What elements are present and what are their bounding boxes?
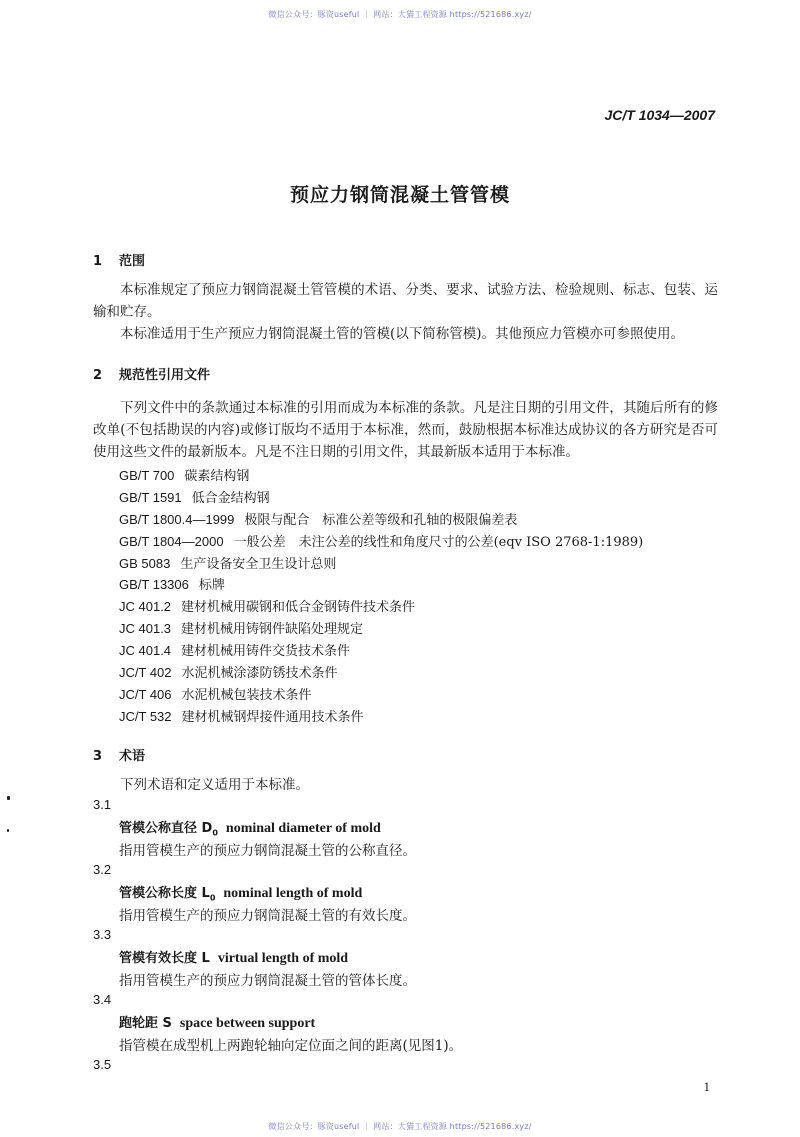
scope-paragraph-1: 本标准规定了预应力钢筒混凝土管管模的术语、分类、要求、试验方法、检验规则、标志、… (93, 279, 718, 323)
reference-item: GB/T 700碳素结构钢 (119, 465, 643, 487)
reference-code: GB/T 1804—2000 (119, 534, 224, 549)
reference-title: 一般公差 未注公差的线性和角度尺寸的公差(eqv ISO 2768-1:1989… (234, 535, 644, 550)
term-number: 3.5 (93, 1057, 111, 1072)
reference-code: JC 401.2 (119, 599, 171, 614)
section-number: 2 (93, 368, 119, 383)
reference-code: JC 401.4 (119, 643, 171, 658)
term-number: 3.1 (93, 797, 111, 812)
reference-title: 水泥机械涂漆防锈技术条件 (182, 666, 338, 681)
term-name: 管模公称长度 L0nominal length of mold (119, 882, 362, 903)
reference-code: GB/T 13306 (119, 577, 189, 592)
reference-title: 生产设备安全卫生设计总则 (180, 557, 336, 572)
section-title: 术语 (119, 749, 145, 764)
watermark-bottom: 微信公众号：豚资useful ｜ 网站：大猫工程资源 https://52168… (0, 1121, 800, 1132)
reference-item: JC/T 402水泥机械涂漆防锈技术条件 (119, 662, 643, 684)
section-number: 3 (93, 749, 119, 764)
term-name-en: nominal length of mold (223, 886, 362, 901)
reference-code: JC/T 402 (119, 665, 172, 680)
reference-title: 建材机械用铸钢件缺陷处理规定 (181, 622, 363, 637)
term-name-zh: 管模有效长度 L (119, 951, 210, 966)
standard-code: JC/T 1034—2007 (604, 107, 715, 123)
term-number: 3.2 (93, 862, 111, 877)
section-number: 1 (93, 254, 119, 269)
term-name-en: nominal diameter of mold (226, 821, 381, 836)
term-name-zh: 跑轮距 S (119, 1016, 172, 1031)
reference-code: GB/T 1591 (119, 490, 182, 505)
term-name-en: space between support (180, 1016, 315, 1031)
reference-code: GB 5083 (119, 556, 170, 571)
reference-title: 碳素结构钢 (184, 469, 249, 484)
reference-item: GB/T 1800.4—1999极限与配合 标准公差等级和孔轴的极限偏差表 (119, 509, 643, 531)
term-name: 跑轮距 Sspace between support (119, 1012, 315, 1033)
section-2-heading: 2规范性引用文件 (93, 364, 210, 383)
watermark-top: 微信公众号：豚资useful ｜ 网站：大猫工程资源 https://52168… (0, 9, 800, 20)
reference-code: GB/T 700 (119, 468, 174, 483)
document-title: 预应力钢筒混凝土管管模 (0, 180, 800, 207)
reference-item: JC/T 406水泥机械包装技术条件 (119, 684, 643, 706)
term-subscript: 0 (210, 894, 216, 903)
reference-title: 建材机械钢焊接件通用技术条件 (182, 710, 364, 725)
reference-title: 低合金结构钢 (192, 491, 270, 506)
reference-item: GB/T 1804—2000一般公差 未注公差的线性和角度尺寸的公差(eqv I… (119, 531, 643, 553)
term-name-zh: 管模公称直径 D (119, 821, 212, 836)
section-3-heading: 3术语 (93, 745, 145, 764)
reference-title: 极限与配合 标准公差等级和孔轴的极限偏差表 (244, 513, 517, 528)
reference-item: JC 401.4建材机械用铸件交货技术条件 (119, 640, 643, 662)
references-intro-paragraph: 下列文件中的条款通过本标准的引用而成为本标准的条款。凡是注日期的引用文件，其随后… (93, 397, 718, 463)
reference-item: JC 401.2建材机械用碳钢和低合金钢铸件技术条件 (119, 596, 643, 618)
scan-artifact-mark (7, 829, 9, 832)
reference-code: JC/T 532 (119, 709, 172, 724)
reference-item: GB 5083生产设备安全卫生设计总则 (119, 553, 643, 575)
reference-code: JC/T 406 (119, 687, 172, 702)
term-definition: 指用管模生产的预应力钢筒混凝土管的公称直径。 (119, 839, 416, 859)
term-name-en: virtual length of mold (218, 951, 348, 966)
section-1-heading: 1范围 (93, 250, 145, 269)
term-definition: 指用管模生产的预应力钢筒混凝土管的管体长度。 (119, 969, 416, 989)
reference-code: JC 401.3 (119, 621, 171, 636)
term-name: 管模有效长度 Lvirtual length of mold (119, 947, 348, 968)
reference-item: GB/T 13306标牌 (119, 574, 643, 596)
reference-item: JC/T 532建材机械钢焊接件通用技术条件 (119, 706, 643, 728)
reference-item: JC 401.3建材机械用铸钢件缺陷处理规定 (119, 618, 643, 640)
reference-title: 建材机械用铸件交货技术条件 (181, 644, 350, 659)
term-name-zh: 管模公称长度 L (119, 886, 210, 901)
scan-artifact-mark (7, 796, 10, 800)
section-title: 规范性引用文件 (119, 368, 210, 383)
term-number: 3.4 (93, 992, 111, 1007)
reference-title: 建材机械用碳钢和低合金钢铸件技术条件 (181, 600, 415, 615)
page-number: 1 (704, 1079, 711, 1095)
term-definition: 指管模在成型机上两跑轮轴向定位面之间的距离(见图1)。 (119, 1034, 462, 1054)
reference-item: GB/T 1591低合金结构钢 (119, 487, 643, 509)
terms-intro-paragraph: 下列术语和定义适用于本标准。 (93, 774, 718, 796)
reference-title: 水泥机械包装技术条件 (182, 688, 312, 703)
normative-references-list: GB/T 700碳素结构钢 GB/T 1591低合金结构钢 GB/T 1800.… (119, 465, 643, 728)
term-definition: 指用管模生产的预应力钢筒混凝土管的有效长度。 (119, 904, 416, 924)
term-name: 管模公称直径 D0nominal diameter of mold (119, 817, 381, 838)
scope-paragraph-2: 本标准适用于生产预应力钢筒混凝土管的管模(以下简称管模)。其他预应力管模亦可参照… (93, 323, 718, 345)
term-subscript: 0 (212, 829, 218, 838)
section-title: 范围 (119, 254, 145, 269)
reference-title: 标牌 (199, 578, 225, 593)
term-number: 3.3 (93, 927, 111, 942)
reference-code: GB/T 1800.4—1999 (119, 512, 234, 527)
